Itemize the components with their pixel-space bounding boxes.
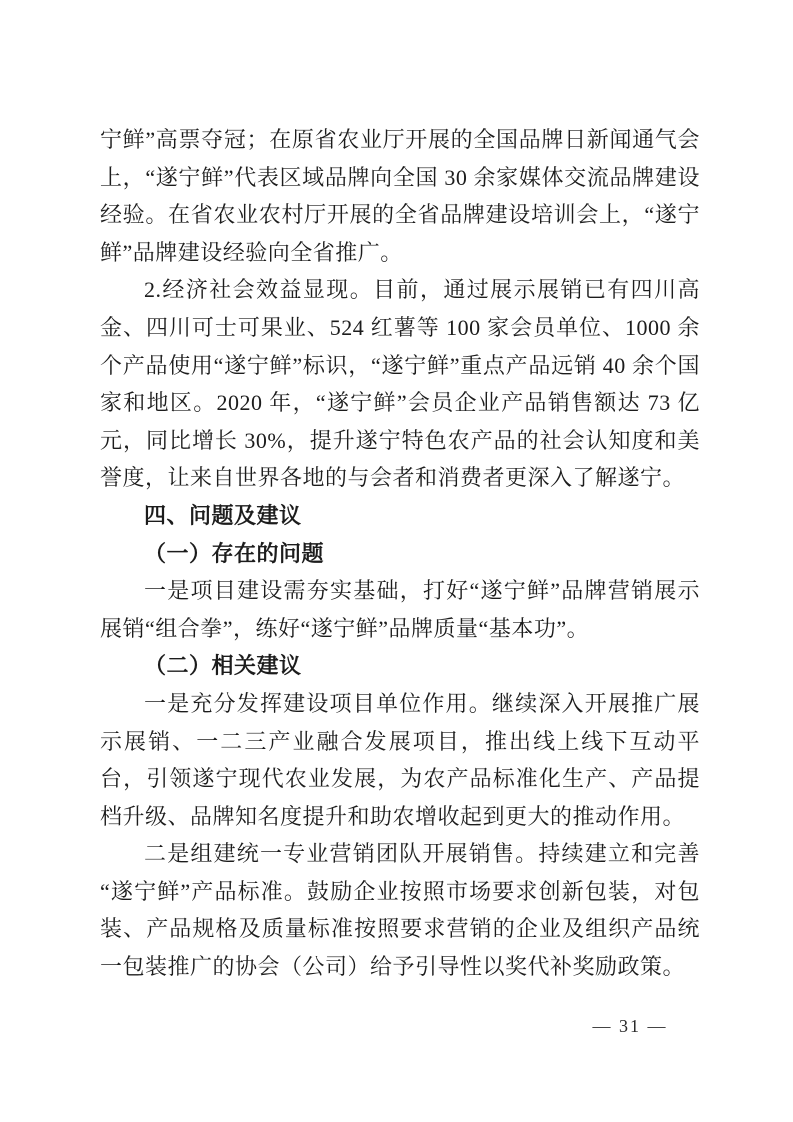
- paragraph-economic-benefits: 2.经济社会效益显现。目前，通过展示展销已有四川高金、四川可士可果业、524 红…: [100, 271, 700, 497]
- paragraph-suggestion-one: 一是充分发挥建设项目单位作用。继续深入开展推广展示展销、一二三产业融合发展项目，…: [100, 685, 700, 835]
- page-number: — 31 —: [560, 1012, 700, 1040]
- section-heading-problems-and-suggestions: 四、问题及建议: [100, 497, 700, 535]
- paragraph-continuation: 宁鲜”高票夺冠；在原省农业厅开展的全国品牌日新闻通气会上，“遂宁鲜”代表区域品牌…: [100, 121, 700, 271]
- document-body: 宁鲜”高票夺冠；在原省农业厅开展的全国品牌日新闻通气会上，“遂宁鲜”代表区域品牌…: [100, 121, 700, 986]
- subsection-heading-related-suggestions: （二）相关建议: [100, 647, 700, 685]
- document-page: 宁鲜”高票夺冠；在原省农业厅开展的全国品牌日新闻通气会上，“遂宁鲜”代表区域品牌…: [0, 0, 793, 1122]
- paragraph-suggestion-two: 二是组建统一专业营销团队开展销售。持续建立和完善“遂宁鲜”产品标准。鼓励企业按照…: [100, 835, 700, 985]
- paragraph-existing-problems: 一是项目建设需夯实基础，打好“遂宁鲜”品牌营销展示展销“组合拳”，练好“遂宁鲜”…: [100, 572, 700, 647]
- subsection-heading-existing-problems: （一）存在的问题: [100, 535, 700, 573]
